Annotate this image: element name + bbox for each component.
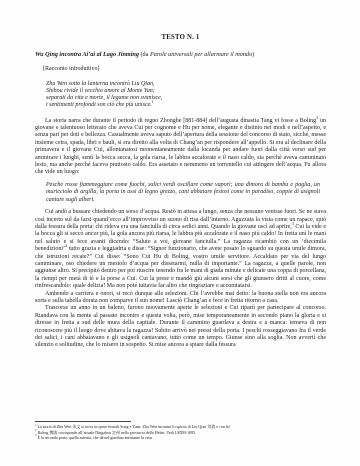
verse-quote: Pesche rosse fiammeggiare come fuochi, s… <box>35 182 320 204</box>
source-open: (da <box>139 51 150 58</box>
source-title: Parole universali per allarmare il mondo <box>150 51 252 58</box>
footnote-ref-1: 1 <box>152 99 154 104</box>
work-title: Wu Qing incontra Ai’ai al Lago Jinming <box>35 51 139 58</box>
work-heading: Wu Qing incontra Ai’ai al Lago Jinming (… <box>35 51 326 58</box>
section-label: [Racconto introduttivo] <box>35 66 326 73</box>
poem-line: Zhu Wen sotto la lanterna incontrò Liu Q… <box>46 81 326 88</box>
poem-line: i sentimenti profondi son ciò che più un… <box>46 102 326 109</box>
paragraph-4: Trascorse un anno in un baleno, furono n… <box>35 305 326 349</box>
paragraph-3: Ambendo a carriera e onori, si recò dunq… <box>35 291 326 306</box>
page-title: TESTO N. 1 <box>35 34 326 41</box>
poem-line: Shihou rivide il vecchio amore al Monte … <box>46 88 326 95</box>
document-page: TESTO N. 1 Wu Qing incontra Ai’ai al Lag… <box>0 0 360 466</box>
paragraph-2: Cui andò a bussare chiedendo un sorso d’… <box>35 209 326 290</box>
paragraph-1: La storia narra che durante il periodo d… <box>35 118 326 177</box>
source-close: ) <box>252 51 254 58</box>
opening-poem: Zhu Wen sotto la lanterna incontrò Liu Q… <box>35 81 326 110</box>
footnote-separator <box>35 421 131 422</box>
footnotes-block: 1La storia di Zhu Wen 朱文 si trova in ope… <box>35 419 326 440</box>
footnote: 3È la seconda porta, quella esterna, che… <box>35 435 326 440</box>
